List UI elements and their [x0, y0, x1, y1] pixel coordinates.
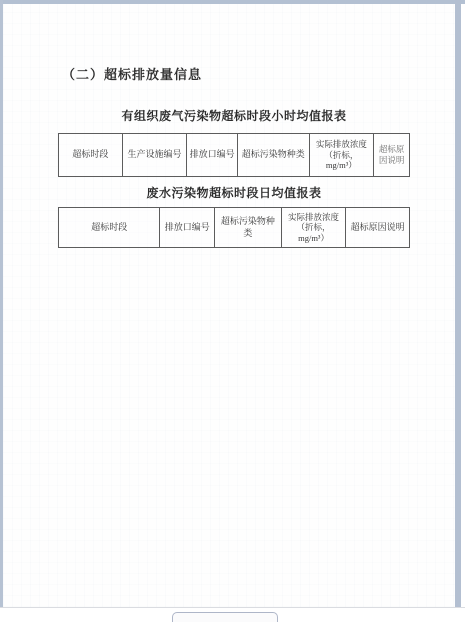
gas-col-exceed-period: 超标时段	[59, 134, 123, 176]
scan-frame-top	[0, 0, 465, 4]
scan-frame-left	[0, 0, 3, 608]
scanned-page	[3, 4, 455, 607]
scan-frame-right	[455, 0, 461, 608]
gas-col-facility-id: 生产设施编号	[123, 134, 188, 176]
water-table-title: 废水污染物超标时段日均值报表	[58, 184, 410, 201]
gas-col-pollutant-type: 超标污染物种类	[238, 134, 310, 176]
gas-col-exceed-reason: 超标原因说明	[374, 134, 409, 176]
water-col-actual-concentration: 实际排放浓度（折标，mg/m³）	[282, 208, 347, 247]
gas-table: 超标时段 生产设施编号 排放口编号 超标污染物种类 实际排放浓度（折标，mg/m…	[58, 133, 410, 177]
viewer-toolbar-peek[interactable]	[172, 612, 278, 622]
page-bottom-edge	[0, 607, 465, 608]
gas-table-title: 有组织废气污染物超标时段小时均值报表	[58, 107, 410, 124]
water-table: 超标时段 排放口编号 超标污染物种类 实际排放浓度（折标，mg/m³） 超标原因…	[58, 207, 410, 248]
water-col-pollutant-type: 超标污染物种类	[215, 208, 282, 247]
water-col-exceed-period: 超标时段	[59, 208, 160, 247]
water-col-outlet-id: 排放口编号	[160, 208, 215, 247]
gas-col-outlet-id: 排放口编号	[187, 134, 238, 176]
gas-col-actual-concentration: 实际排放浓度（折标，mg/m³）	[310, 134, 375, 176]
water-col-exceed-reason: 超标原因说明	[346, 208, 409, 247]
section-heading: （二）超标排放量信息	[62, 64, 202, 83]
